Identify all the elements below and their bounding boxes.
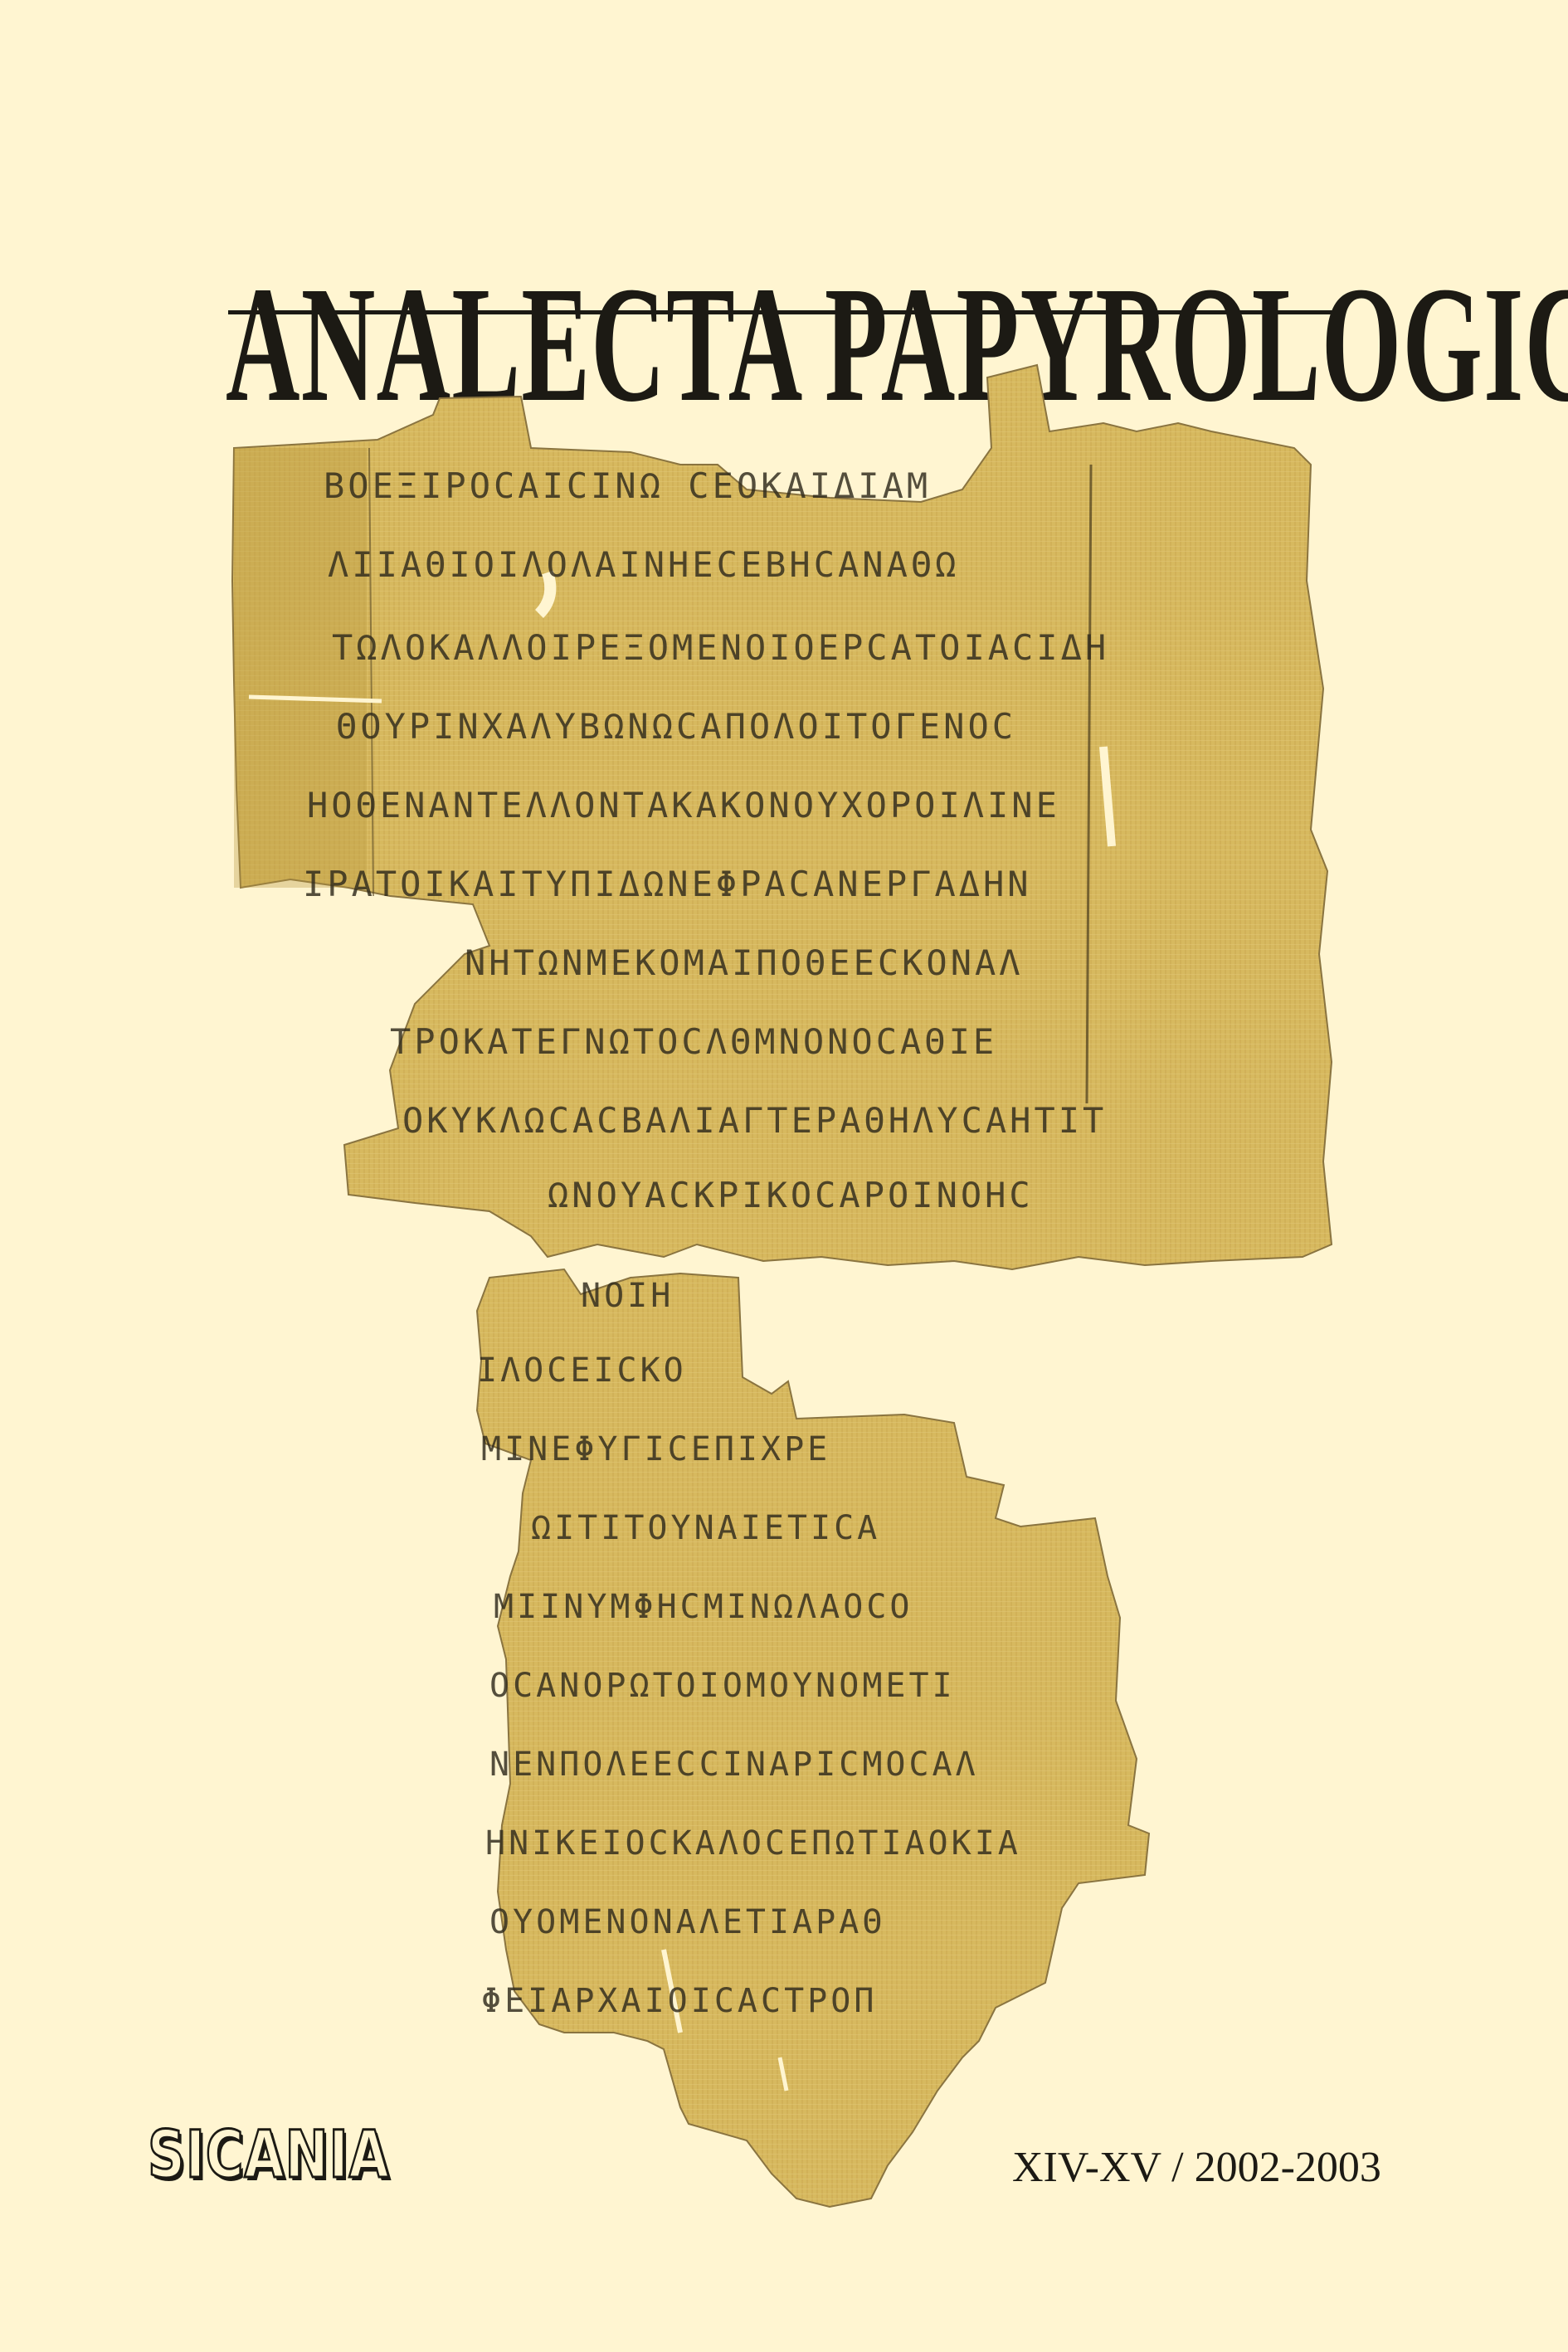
publisher-logo: SICANIA <box>148 2122 390 2189</box>
papyrus-line: ΝΟΙΗ <box>581 1277 674 1315</box>
papyrus-line: ΛΙΙΑΘΙΟΙΛΟΛΑΙΝΗΕCΕΒΗCΑΝΑΘΩ <box>328 544 959 585</box>
papyrus-line: ΟΥΟΜΕΝΟΝΑΛΕΤΙΑΡΑΘ <box>489 1903 885 1941</box>
papyrus-image: ΒΟΕΞΙΡΟCΑΙCΙΝΩ CΕΟΚΑΙΔΙΑΜ ΛΙΙΑΘΙΟΙΛΟΛΑΙΝ… <box>0 0 1568 2352</box>
papyrus-line: ΦΕΙΑΡΧΑΙΟΙCΑCΤΡΟΠ <box>481 1982 877 2020</box>
papyrus-line: ΜΙΝΕΦΥΓΙCΕΠΙΧΡΕ <box>481 1430 830 1468</box>
papyrus-line: ΤΡΟΚΑΤΕΓΝΩΤΟCΛΘΜΝΟΝΟCΑΘΙΕ <box>390 1021 997 1062</box>
papyrus-line: ΩΝΟΥΑCΚΡΙΚΟCΑΡΟΙΝΟΗC <box>548 1175 1034 1215</box>
papyrus-line: ΟΚΥΚΛΩCΑCΒΑΛΙΑΓΤΕΡΑΘΗΛΥCΑΗΤΙΤ <box>402 1100 1107 1141</box>
papyrus-line: ΩΙΤΙΤΟΥΝΑΙΕΤΙCΑ <box>531 1509 880 1547</box>
papyrus-line: ΗΟΘΕΝΑΝΤΕΛΛΟΝΤΑΚΑΚΟΝΟΥΧΟΡΟΙΛΙΝΕ <box>307 785 1060 825</box>
lower-papyrus-fragment: ΝΟΙΗ ΙΛΟCΕΙCΚΟ ΜΙΝΕΦΥΓΙCΕΠΙΧΡΕ ΩΙΤΙΤΟΥΝΑ… <box>477 1269 1149 2207</box>
papyrus-line: ΝΗΤΩΝΜΕΚΟΜΑΙΠΟΘΕΕCΚΟΝΑΛ <box>465 942 1024 983</box>
papyrus-line: ΘΟΥΡΙΝΧΑΛΥΒΩΝΩCΑΠΟΛΟΙΤΟΓΕΝΟC <box>336 706 1016 747</box>
papyrus-line: ΟCΑΝΟΡΩΤΟΙΟΜΟΥΝΟΜΕΤΙ <box>489 1667 956 1705</box>
papyrus-line: ΝΕΝΠΟΛΕΕCCΙΝΑΡΙCΜΟCΑΛ <box>489 1746 979 1784</box>
upper-papyrus-fragment: ΒΟΕΞΙΡΟCΑΙCΙΝΩ CΕΟΚΑΙΔΙΑΜ ΛΙΙΑΘΙΟΙΛΟΛΑΙΝ… <box>232 365 1332 1269</box>
papyrus-line: ΒΟΕΞΙΡΟCΑΙCΙΝΩ CΕΟΚΑΙΔΙΑΜ <box>324 465 931 506</box>
papyrus-line: ΗΝΙΚΕΙΟCΚΑΛΟCΕΠΩΤΙΑΟΚΙΑ <box>485 1824 1021 1863</box>
volume-and-year: XIV-XV / 2002-2003 <box>1012 2143 1381 2193</box>
papyrus-line: ΤΩΛΟΚΑΛΛΟΙΡΕΞΟΜΕΝΟΙΟΕΡCΑΤΟΙΑCΙΔΗ <box>332 627 1109 668</box>
papyrus-line: ΙΛΟCΕΙCΚΟ <box>477 1351 687 1390</box>
papyrus-line: ΜΙΙΝΥΜΦΗCΜΙΝΩΛΑΟCΟ <box>494 1588 913 1626</box>
papyrus-line: ΙΡΑΤΟΙΚΑΙΤΥΠΙΔΩΝΕΦΡΑCΑΝΕΡΓΑΔΗΝ <box>303 864 1032 904</box>
